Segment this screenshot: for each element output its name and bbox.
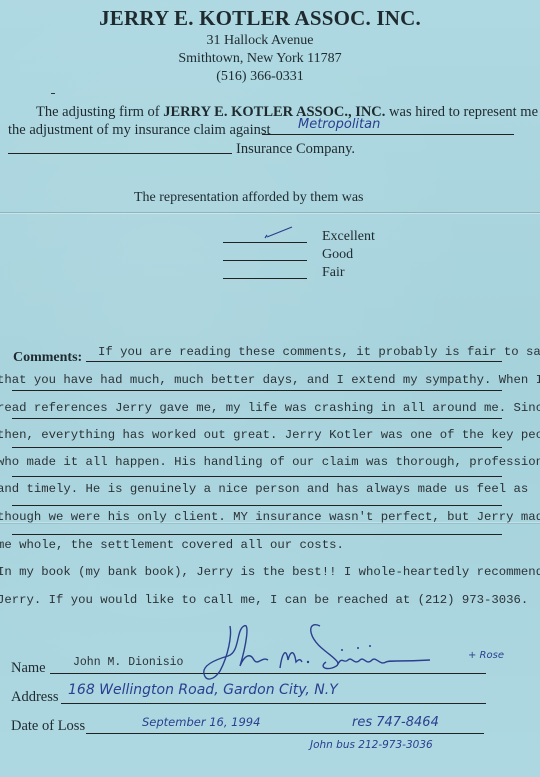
comment-rule [12, 505, 502, 506]
date-of-loss-label: Date of Loss [11, 718, 85, 735]
company-city: Smithtown, New York 11787 [0, 51, 520, 67]
rating-blank-excellent[interactable] [223, 242, 307, 243]
insurer-field-line [262, 134, 514, 135]
address-field-value[interactable]: 168 Wellington Road, Gardon City, N.Y [68, 682, 338, 698]
comment-line: If you are reading these comments, it pr… [98, 345, 540, 359]
comment-line: and timely. He is genuinely a nice perso… [0, 482, 528, 496]
comment-rule [12, 418, 502, 419]
signature-icon [200, 616, 460, 686]
comments-label: Comments: [13, 350, 82, 366]
comment-rule [12, 534, 502, 535]
company-street: 31 Hallock Avenue [0, 33, 520, 49]
date-of-loss-value[interactable]: September 16, 1994 [142, 715, 260, 729]
intro-line-2: the adjustment of my insurance claim aga… [8, 122, 271, 139]
date-of-loss-field-line [86, 733, 484, 734]
name-label: Name [11, 660, 46, 677]
business-phone: John bus 212-973-3036 [310, 739, 433, 751]
comment-line: In my book (my bank book), Jerry is the … [0, 565, 540, 579]
rating-label-excellent: Excellent [322, 229, 375, 245]
intro-line-3: Insurance Company. [236, 141, 355, 158]
paper-fold-crease [0, 212, 540, 213]
stray-mark [51, 93, 55, 94]
intro-suffix: was hired to represent me in [385, 104, 540, 120]
signature-addition: + Rose [468, 650, 504, 661]
comment-line: though we were his only client. MY insur… [0, 510, 540, 524]
name-field-value[interactable]: John M. Dionisio [73, 656, 183, 669]
company-phone: (516) 366-0331 [0, 69, 520, 85]
insurer-field-line-2 [8, 153, 232, 154]
comment-line: read references Jerry gave me, my life w… [0, 401, 540, 415]
rating-prompt: The representation afforded by them was [134, 190, 364, 206]
address-field-line [61, 703, 486, 704]
company-name-heading: JERRY E. KOTLER ASSOC. INC. [0, 6, 520, 31]
comment-rule [12, 476, 502, 477]
comment-line: me whole, the settlement covered all our… [0, 538, 344, 552]
rating-label-good: Good [322, 247, 353, 263]
comment-line: then, everything has worked out great. J… [0, 428, 540, 442]
comment-line: Jerry. If you would like to call me, I c… [0, 593, 528, 607]
address-label: Address [11, 689, 59, 706]
residence-phone: res 747-8464 [352, 715, 439, 730]
intro-line-1: The adjusting firm of JERRY E. KOTLER AS… [36, 104, 540, 121]
intro-prefix: The adjusting firm of [36, 104, 163, 120]
rating-blank-fair[interactable] [223, 278, 307, 279]
rating-blank-good[interactable] [223, 260, 307, 261]
comment-line: who made it all happen. His handling of … [0, 455, 540, 469]
rating-label-fair: Fair [322, 265, 345, 281]
comment-line: that you have had much, much better days… [0, 373, 540, 387]
comment-rule [12, 447, 502, 448]
comment-rule [12, 390, 502, 391]
checkmark-icon [264, 225, 294, 239]
insurer-field-value[interactable]: Metropolitan [298, 117, 380, 132]
comment-rule [86, 361, 502, 362]
